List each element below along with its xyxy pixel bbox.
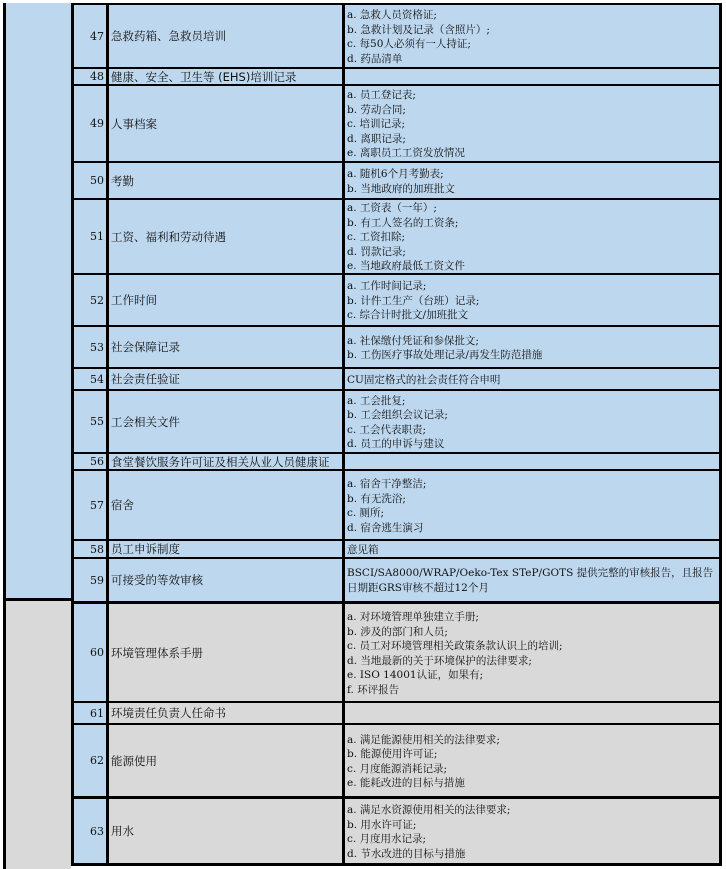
- requirement-line: b. 能源使用许可证;: [347, 747, 717, 762]
- item-cell[interactable]: 考勤: [106, 161, 342, 198]
- item-cell[interactable]: 工作时间: [106, 273, 342, 325]
- table-row: 62 能源使用 a. 满足能源使用相关的法律要求; b. 能源使用许可证; c.…: [71, 723, 722, 796]
- table-row: 50 考勤 a. 随机6个月考勤表; b. 当地政府的加班批文: [71, 161, 722, 198]
- requirement-line: c. 月度能源消耗记录;: [347, 762, 717, 777]
- requirement-line: a. 满足能源使用相关的法律要求;: [347, 733, 717, 748]
- requirement-line: c. 工资扣除;: [347, 230, 717, 245]
- requirement-line: b. 当地政府的加班批文: [347, 182, 717, 197]
- requirement-line: b. 涉及的部门和人员;: [347, 625, 717, 640]
- requirement-line: e. 离职员工工资发放情况: [347, 146, 717, 161]
- requirement-line: d. 节水改进的目标与措施: [347, 847, 717, 862]
- requirements-cell[interactable]: a. 工资表（一年）; b. 有工人签名的工资条; c. 工资扣除; d. 罚款…: [342, 198, 722, 273]
- requirement-line: c. 工会代表职责;: [347, 423, 717, 438]
- requirements-spreadsheet: 47 急救药箱、急救员培训 a. 急救人员资格证; b. 急救计划及记录（含照片…: [0, 0, 726, 869]
- table-row: 55 工会相关文件 a. 工会批复; b. 工会组织会议记录; c. 工会代表职…: [71, 389, 722, 452]
- requirement-line: a. 满足水资源使用相关的法律要求;: [347, 803, 717, 818]
- row-number-cell[interactable]: 57: [71, 469, 106, 539]
- requirements-cell[interactable]: [342, 67, 722, 84]
- item-cell[interactable]: 人事档案: [106, 84, 342, 161]
- requirement-line: b. 有无洗浴;: [347, 492, 717, 507]
- requirement-line: e. 当地政府最低工资文件: [347, 259, 717, 274]
- requirement-line: c. 员工对环境管理相关政策条款认识上的培训;: [347, 639, 717, 654]
- requirements-cell[interactable]: a. 员工登记表; b. 劳动合同; c. 培训记录; d. 离职记录; e. …: [342, 84, 722, 161]
- item-cell[interactable]: 员工申诉制度: [106, 539, 342, 557]
- requirement-line: b. 工伤医疗事故处理记录/再发生防范措施: [347, 348, 717, 363]
- table-row: 61 环境责任负责人任命书: [71, 701, 722, 723]
- requirement-line: c. 厕所;: [347, 506, 717, 521]
- requirement-line: b. 劳动合同;: [347, 103, 717, 118]
- requirement-line: d. 宿舍逃生演习: [347, 521, 717, 536]
- section-environment-group-cell[interactable]: [3, 601, 71, 869]
- requirement-line: BSCI/SA8000/WRAP/Oeko-Tex STeP/GOTS 提供完整…: [347, 566, 717, 596]
- table-row: 59 可接受的等效审核 BSCI/SA8000/WRAP/Oeko-Tex ST…: [71, 557, 722, 601]
- section-social-group-cell[interactable]: [3, 3, 71, 601]
- table-row: 52 工作时间 a. 工作时间记录; b. 计件工生产（台班）记录; c. 综合…: [71, 273, 722, 325]
- requirement-line: d. 员工的申诉与建议: [347, 437, 717, 452]
- table-row: 54 社会责任验证 CU固定格式的社会责任符合申明: [71, 367, 722, 389]
- requirements-cell[interactable]: CU固定格式的社会责任符合申明: [342, 367, 722, 389]
- requirement-line: e. ISO 14001认证，如果有;: [347, 668, 717, 683]
- requirement-line: d. 当地最新的关于环境保护的法律要求;: [347, 654, 717, 669]
- row-number-cell[interactable]: 53: [71, 325, 106, 367]
- item-cell[interactable]: 可接受的等效审核: [106, 557, 342, 601]
- item-cell[interactable]: 用水: [106, 796, 342, 863]
- table-row: 49 人事档案 a. 员工登记表; b. 劳动合同; c. 培训记录; d. 离…: [71, 84, 722, 161]
- row-number-cell[interactable]: 59: [71, 557, 106, 601]
- table-row: 51 工资、福利和劳动待遇 a. 工资表（一年）; b. 有工人签名的工资条; …: [71, 198, 722, 273]
- requirements-cell[interactable]: a. 满足能源使用相关的法律要求; b. 能源使用许可证; c. 月度能源消耗记…: [342, 723, 722, 796]
- requirement-line: 意见箱: [347, 543, 717, 558]
- requirement-line: CU固定格式的社会责任符合申明: [347, 373, 717, 388]
- requirements-cell[interactable]: a. 社保缴付凭证和参保批文; b. 工伤医疗事故处理记录/再发生防范措施: [342, 325, 722, 367]
- requirements-cell[interactable]: a. 工作时间记录; b. 计件工生产（台班）记录; c. 综合计时批文/加班批…: [342, 273, 722, 325]
- item-cell[interactable]: 能源使用: [106, 723, 342, 796]
- requirements-cell[interactable]: a. 急救人员资格证; b. 急救计划及记录（含照片）; c. 每50人必须有一…: [342, 3, 722, 67]
- table-row: 60 环境管理体系手册 a. 对环境管理单独建立手册; b. 涉及的部门和人员;…: [71, 601, 722, 701]
- row-number-cell[interactable]: 62: [71, 723, 106, 796]
- row-number-cell[interactable]: 54: [71, 367, 106, 389]
- requirement-line: d. 离职记录;: [347, 132, 717, 147]
- requirements-cell[interactable]: a. 随机6个月考勤表; b. 当地政府的加班批文: [342, 161, 722, 198]
- requirement-line: c. 培训记录;: [347, 117, 717, 132]
- row-number-cell[interactable]: 60: [71, 601, 106, 701]
- requirement-line: a. 工作时间记录;: [347, 279, 717, 294]
- requirement-line: b. 急救计划及记录（含照片）;: [347, 23, 717, 38]
- item-cell[interactable]: 健康、安全、卫生等 (EHS)培训记录: [106, 67, 342, 84]
- table-row: 56 食堂餐饮服务许可证及相关从业人员健康证: [71, 452, 722, 469]
- item-cell[interactable]: 工资、福利和劳动待遇: [106, 198, 342, 273]
- item-cell[interactable]: 社会保障记录: [106, 325, 342, 367]
- requirement-line: a. 工会批复;: [347, 394, 717, 409]
- row-number-cell[interactable]: 47: [71, 3, 106, 67]
- item-cell[interactable]: 工会相关文件: [106, 389, 342, 452]
- requirements-cell[interactable]: [342, 452, 722, 469]
- requirement-line: a. 宿舍干净整洁;: [347, 477, 717, 492]
- row-number-cell[interactable]: 51: [71, 198, 106, 273]
- requirement-line: b. 计件工生产（台班）记录;: [347, 294, 717, 309]
- row-number-cell[interactable]: 49: [71, 84, 106, 161]
- requirement-line: b. 有工人签名的工资条;: [347, 216, 717, 231]
- requirement-line: a. 急救人员资格证;: [347, 8, 717, 23]
- row-number-cell[interactable]: 50: [71, 161, 106, 198]
- item-cell[interactable]: 社会责任验证: [106, 367, 342, 389]
- requirement-line: c. 综合计时批文/加班批文: [347, 308, 717, 323]
- item-cell[interactable]: 宿舍: [106, 469, 342, 539]
- requirement-line: d. 罚款记录;: [347, 245, 717, 260]
- requirements-cell[interactable]: a. 宿舍干净整洁; b. 有无洗浴; c. 厕所; d. 宿舍逃生演习: [342, 469, 722, 539]
- requirement-line: f. 环评报告: [347, 683, 717, 698]
- table-row: 48 健康、安全、卫生等 (EHS)培训记录: [71, 67, 722, 84]
- requirement-line: d. 药品清单: [347, 52, 717, 67]
- item-cell[interactable]: 环境管理体系手册: [106, 601, 342, 701]
- row-number-cell[interactable]: 61: [71, 701, 106, 723]
- requirement-line: c. 每50人必须有一人持证;: [347, 37, 717, 52]
- requirement-line: b. 工会组织会议记录;: [347, 408, 717, 423]
- requirement-line: b. 用水许可证;: [347, 818, 717, 833]
- table-row: 57 宿舍 a. 宿舍干净整洁; b. 有无洗浴; c. 厕所; d. 宿舍逃生…: [71, 469, 722, 539]
- requirement-line: e. 能耗改进的目标与措施: [347, 776, 717, 791]
- table-bottom-border: [71, 863, 722, 866]
- row-number-cell[interactable]: 63: [71, 796, 106, 863]
- requirement-line: a. 工资表（一年）;: [347, 201, 717, 216]
- row-number-cell[interactable]: 48: [71, 67, 106, 84]
- requirements-cell[interactable]: a. 对环境管理单独建立手册; b. 涉及的部门和人员; c. 员工对环境管理相…: [342, 601, 722, 701]
- table-row: 58 员工申诉制度 意见箱: [71, 539, 722, 557]
- requirements-cell[interactable]: a. 工会批复; b. 工会组织会议记录; c. 工会代表职责; d. 员工的申…: [342, 389, 722, 452]
- requirement-line: a. 随机6个月考勤表;: [347, 167, 717, 182]
- row-number-cell[interactable]: 52: [71, 273, 106, 325]
- requirements-cell[interactable]: [342, 701, 722, 723]
- requirement-line: c. 月度用水记录;: [347, 832, 717, 847]
- requirements-cell[interactable]: a. 满足水资源使用相关的法律要求; b. 用水许可证; c. 月度用水记录; …: [342, 796, 722, 863]
- row-number-cell[interactable]: 55: [71, 389, 106, 452]
- requirements-cell[interactable]: 意见箱: [342, 539, 722, 557]
- item-cell[interactable]: 环境责任负责人任命书: [106, 701, 342, 723]
- requirement-line: a. 社保缴付凭证和参保批文;: [347, 334, 717, 349]
- row-number-cell[interactable]: 56: [71, 452, 106, 469]
- item-cell[interactable]: 急救药箱、急救员培训: [106, 3, 342, 67]
- requirements-cell[interactable]: BSCI/SA8000/WRAP/Oeko-Tex STeP/GOTS 提供完整…: [342, 557, 722, 601]
- item-cell[interactable]: 食堂餐饮服务许可证及相关从业人员健康证: [106, 452, 342, 469]
- requirement-line: a. 员工登记表;: [347, 88, 717, 103]
- table-row: 47 急救药箱、急救员培训 a. 急救人员资格证; b. 急救计划及记录（含照片…: [71, 3, 722, 67]
- table-row: 63 用水 a. 满足水资源使用相关的法律要求; b. 用水许可证; c. 月度…: [71, 796, 722, 863]
- row-number-cell[interactable]: 58: [71, 539, 106, 557]
- table-row: 53 社会保障记录 a. 社保缴付凭证和参保批文; b. 工伤医疗事故处理记录/…: [71, 325, 722, 367]
- requirement-line: a. 对环境管理单独建立手册;: [347, 610, 717, 625]
